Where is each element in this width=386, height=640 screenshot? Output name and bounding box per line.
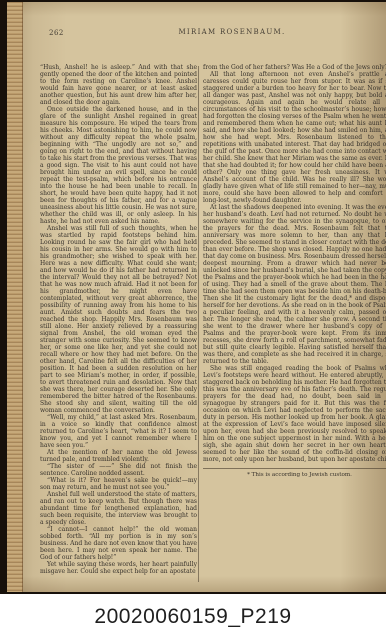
footnote-rule bbox=[203, 468, 386, 469]
paragraph: Anshel full well understood the state of… bbox=[40, 491, 197, 526]
left-text-column: “Hush, Anshel! he is asleep.” And with t… bbox=[40, 64, 197, 575]
page-edge-texture bbox=[7, 2, 23, 592]
paragraph: “What is it? For heaven’s sake be quick!… bbox=[40, 477, 197, 491]
running-head: MIRIAM ROSENBAUM. bbox=[47, 28, 386, 36]
scan-id-label: 20020060159_P219 bbox=[94, 605, 291, 629]
paragraph: “Hush, Anshel! he is asleep.” And with t… bbox=[40, 64, 197, 106]
page-header: 262 MIRIAM ROSENBAUM. bbox=[47, 28, 386, 40]
book-page-scan: 262 MIRIAM ROSENBAUM. “Hush, Anshel! he … bbox=[0, 0, 386, 594]
paragraph: At last the shadows deepened into evenin… bbox=[203, 204, 386, 365]
paragraph: At the mention of her name the old Jewes… bbox=[40, 449, 197, 463]
paragraph: Once outside the darkened house, and in … bbox=[40, 106, 197, 225]
footnote-block: * This is according to Jewish custom. bbox=[203, 468, 386, 479]
footnote: * This is according to Jewish custom. bbox=[203, 472, 386, 479]
paragraph: Yet while saying these words, her heart … bbox=[40, 561, 197, 575]
paragraph: Anshel was still full of such thoughts, … bbox=[40, 225, 197, 414]
right-text-column: from the God of her fathers? Was He a Go… bbox=[203, 64, 386, 479]
paragraph: “The sister of ——” She did not finish th… bbox=[40, 463, 197, 477]
paragraph: from the God of her fathers? Was He a Go… bbox=[203, 64, 386, 71]
paragraph: “I cannot—I cannot help!” the old woman … bbox=[40, 526, 197, 561]
paragraph: She was still engaged reading the book o… bbox=[203, 365, 386, 463]
scan-label-strip: 20020060159_P219 bbox=[0, 594, 386, 640]
paragraph: All that long afternoon not even Anshel’… bbox=[203, 71, 386, 204]
column-divider-rule bbox=[198, 66, 199, 582]
paragraph: “Well, my child,” at last asked Mrs. Ros… bbox=[40, 414, 197, 449]
